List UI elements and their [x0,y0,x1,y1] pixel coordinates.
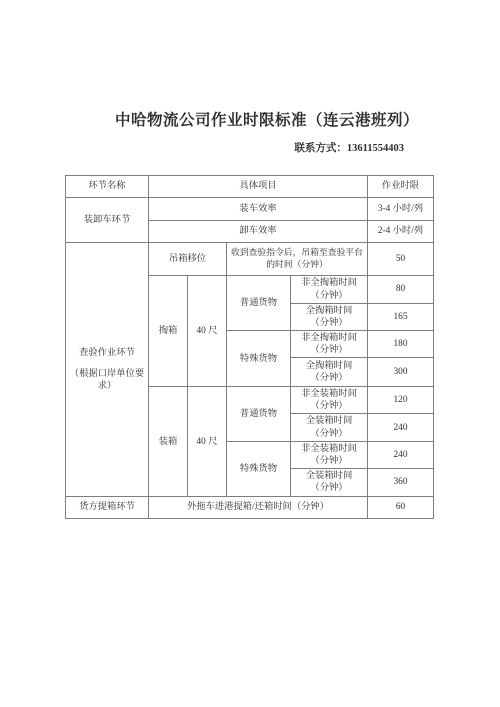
table-row-crane-shift: 查验作业环节 （根据口岸单位要求） 吊箱移位 收到查验指令后，吊箱至查验平台的时… [66,243,434,276]
table-row-pickup: 货方提箱环节 外拖车进港提箱/还箱时间（分钟） 60 [66,496,434,518]
cell-loading-section-name: 装卸车环节 [66,198,149,243]
cell-unstuffing-size: 40 尺 [188,276,227,387]
table-header-row: 环节名称 具体项目 作业时限 [66,176,434,198]
time-label: 全装箱时间（分钟） [299,415,359,439]
cell-crane-shift-item: 收到查验指令后，吊箱至查验平台的时间（分钟） [227,243,368,276]
cell-crane-shift-label: 吊箱移位 [149,243,227,276]
cell-unstuffing-ordinary-partial-item: 非全掏箱时间（分钟） [291,276,368,304]
cell-loading-limit: 3-4 小时/列 [368,198,434,221]
time-label: 全掏箱时间（分钟） [299,305,359,329]
inspection-section-title: 查验作业环节 [68,347,146,359]
cell-inspection-section-name: 查验作业环节 （根据口岸单位要求） [66,243,149,497]
cell-stuffing-special-full-item: 全装箱时间（分钟） [291,468,368,496]
cell-stuffing-ordinary-full-item: 全装箱时间（分钟） [291,414,368,441]
cell-unloading-item: 卸车效率 [149,221,368,243]
cell-unstuffing-special-full-item: 全掏箱时间（分钟） [291,358,368,387]
cell-stuffing-special-partial-limit: 240 [368,441,434,468]
cell-unstuffing-special-label: 特殊货物 [227,331,291,387]
contact-info: 联系方式：13611554403 [294,140,404,155]
cell-pickup-item: 外拖车进港提箱/还箱时间（分钟） [149,496,368,518]
time-label: 全掏箱时间（分钟） [299,360,359,384]
cell-stuffing-special-partial-item: 非全装箱时间（分钟） [291,441,368,468]
header-stage: 环节名称 [66,176,149,198]
cell-stuffing-ordinary-partial-item: 非全装箱时间（分钟） [291,387,368,414]
cell-unloading-limit: 2-4 小时/列 [368,221,434,243]
cell-unstuffing-label: 掏箱 [149,276,188,387]
cell-unstuffing-ordinary-partial-limit: 80 [368,276,434,304]
cell-stuffing-label: 装箱 [149,387,188,496]
cell-stuffing-special-full-limit: 360 [368,468,434,496]
time-label: 非全装箱时间（分钟） [299,443,359,467]
cell-unstuffing-ordinary-full-limit: 165 [368,304,434,331]
header-item: 具体项目 [149,176,368,198]
time-label: 非全掏箱时间（分钟） [299,277,359,301]
cell-pickup-section-name: 货方提箱环节 [66,496,149,518]
cell-unstuffing-special-partial-limit: 180 [368,331,434,358]
cell-pickup-limit: 60 [368,496,434,518]
cell-stuffing-ordinary-full-limit: 240 [368,414,434,441]
table-row-loading: 装卸车环节 装车效率 3-4 小时/列 [66,198,434,221]
time-label: 非全掏箱时间（分钟） [299,332,359,356]
page-title: 中哈物流公司作业时限标准（连云港班列） [0,108,500,130]
cell-unstuffing-special-partial-item: 非全掏箱时间（分钟） [291,331,368,358]
crane-shift-description: 收到查验指令后，吊箱至查验平台的时间（分钟） [229,247,365,271]
cell-unstuffing-ordinary-full-item: 全掏箱时间（分钟） [291,304,368,331]
header-limit: 作业时限 [368,176,434,198]
cell-stuffing-ordinary-partial-limit: 120 [368,387,434,414]
cell-stuffing-size: 40 尺 [188,387,227,496]
cell-crane-shift-limit: 50 [368,243,434,276]
cell-stuffing-ordinary-label: 普通货物 [227,387,291,441]
cell-stuffing-special-label: 特殊货物 [227,441,291,496]
cell-unstuffing-ordinary-label: 普通货物 [227,276,291,331]
cell-unstuffing-special-full-limit: 300 [368,358,434,387]
inspection-section-note: （根据口岸单位要求） [68,368,146,392]
time-label: 全装箱时间（分钟） [299,470,359,494]
cell-loading-item: 装车效率 [149,198,368,221]
operation-time-standards-table: 环节名称 具体项目 作业时限 装卸车环节 装车效率 3-4 小时/列 卸车效率 … [65,175,434,519]
document-page: 中哈物流公司作业时限标准（连云港班列） 联系方式：13611554403 环节名… [0,0,500,707]
time-label: 非全装箱时间（分钟） [299,388,359,412]
